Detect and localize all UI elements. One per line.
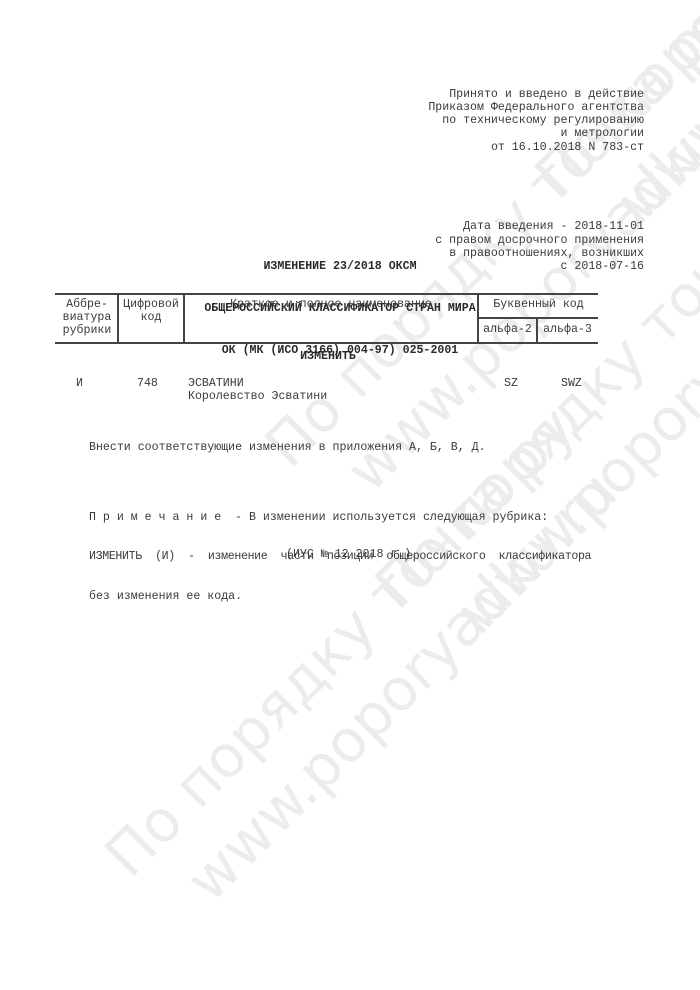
- svg-text:По порядку точка ру: По порядку точка ру: [92, 393, 589, 890]
- instruction-text: Внести соответствующие изменения в прило…: [89, 441, 486, 454]
- note-line-3: без изменения ее кода.: [89, 590, 591, 603]
- section-label: ИЗМЕНИТЬ: [0, 350, 656, 363]
- approval-line: и метрологии: [428, 127, 644, 140]
- row-short-name: ЭСВАТИНИ: [188, 377, 244, 390]
- row-alpha2: SZ: [504, 377, 518, 390]
- header-alpha3: альфа-3: [537, 323, 598, 336]
- header-letter-code: Буквенный код: [479, 298, 598, 311]
- row-abbr: И: [76, 377, 83, 390]
- header-alpha2: альфа-2: [478, 323, 537, 336]
- row-full-name: Королевство Эсватини: [188, 390, 327, 403]
- approval-line: по техническому регулированию: [428, 114, 644, 127]
- header-code: Цифровой код: [118, 298, 184, 324]
- approval-line: Приказом Федерального агентства: [428, 101, 644, 114]
- header-abbr: Аббре- виатура рубрики: [57, 298, 117, 337]
- approval-line: от 16.10.2018 N 783-ст: [428, 141, 644, 154]
- row-code: 748: [137, 377, 158, 390]
- header-name: Краткое и полное наименование: [185, 298, 477, 311]
- title-line-1: ИЗМЕНЕНИЕ 23/2018 ОКСМ: [0, 260, 680, 274]
- source-reference: (ИУС № 12 2018 г.): [286, 548, 411, 561]
- classifier-table-header: Аббре- виатура рубрики Цифровой код Крат…: [55, 293, 598, 343]
- approval-line: Принято и введено в действие: [428, 88, 644, 101]
- table-top-border: [55, 293, 598, 295]
- table-bottom-border: [55, 342, 598, 344]
- row-alpha3: SWZ: [561, 377, 582, 390]
- note-line-1: П р и м е ч а н и е - В изменении исполь…: [89, 511, 591, 524]
- table-mid-border: [477, 317, 598, 319]
